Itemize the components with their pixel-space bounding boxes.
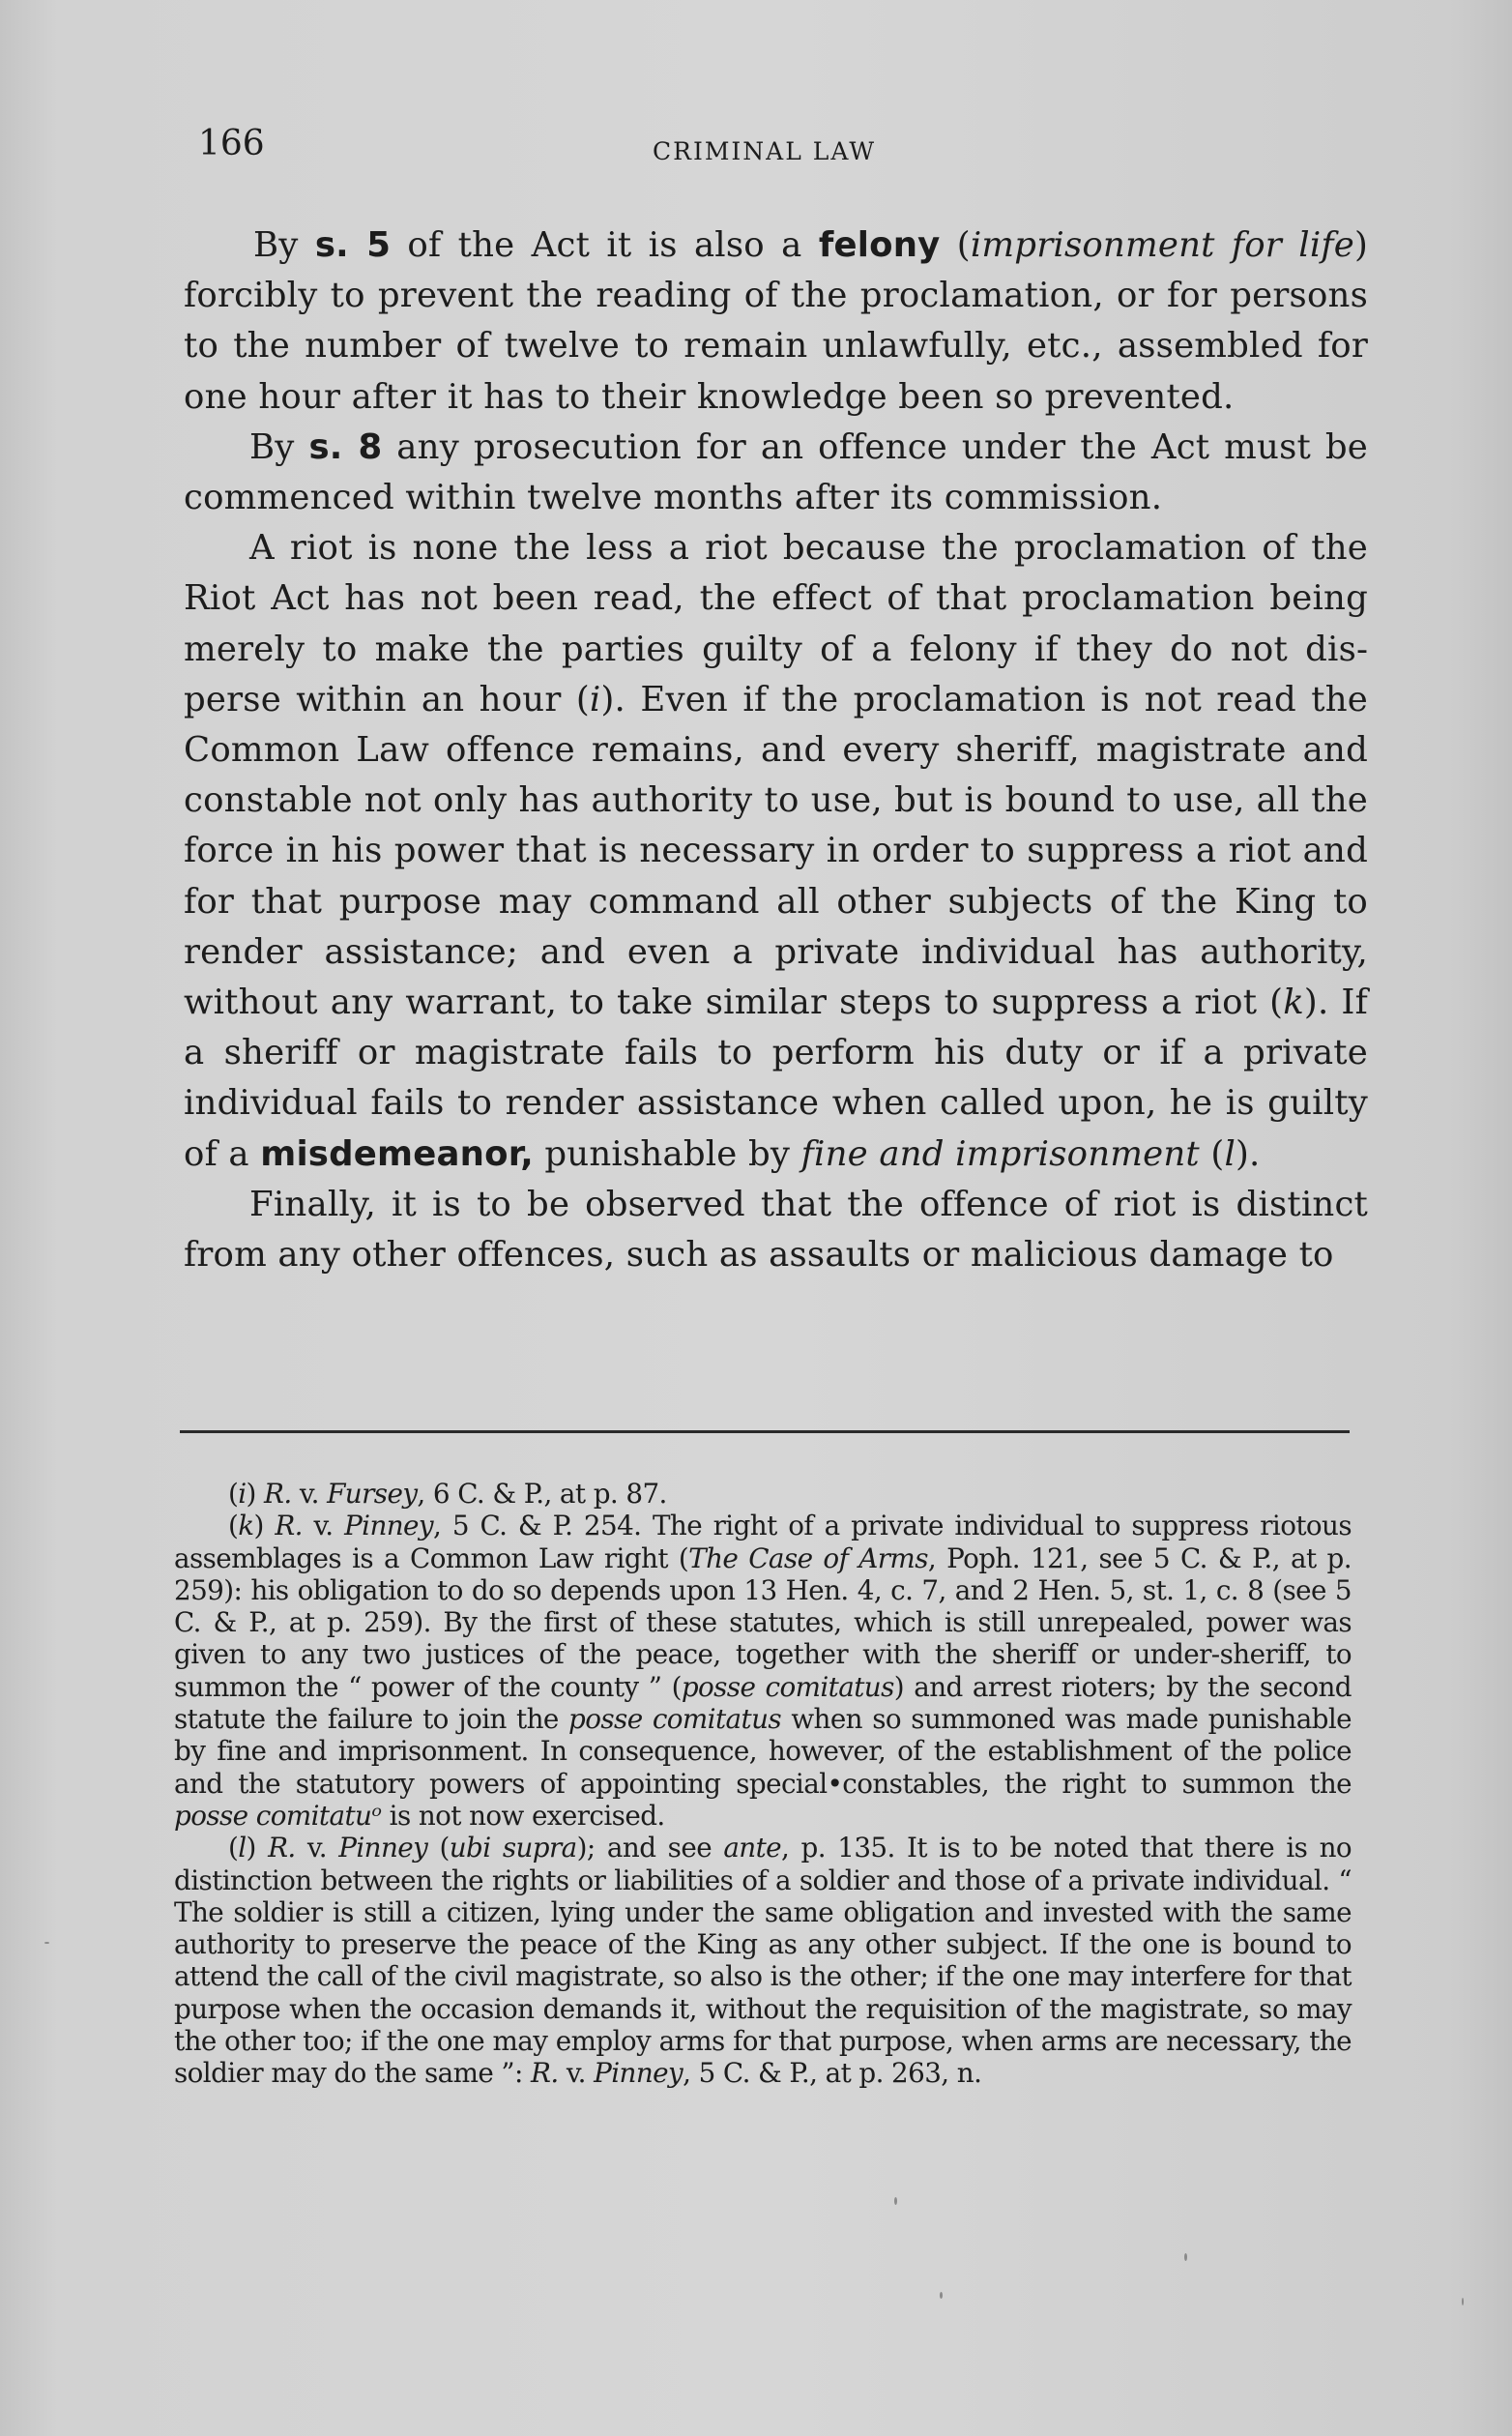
text-run: ( <box>228 1832 238 1864</box>
italic-text: i <box>238 1478 246 1510</box>
italic-text: Fursey <box>327 1478 417 1510</box>
italic-text: l <box>238 1832 246 1864</box>
bold-text: s. 5 <box>315 225 391 265</box>
italic-text: imprisonment for life <box>971 225 1354 265</box>
italic-text: R. <box>268 1832 296 1864</box>
page-number: 166 <box>198 124 265 163</box>
italic-text: ubi supra <box>450 1832 577 1864</box>
paper-speck <box>44 1942 49 1944</box>
italic-text: Pinney <box>338 1832 427 1864</box>
text-run: , p. 135. It is to be noted that there i… <box>174 1832 1352 2089</box>
text-run: v. <box>303 1510 344 1541</box>
italic-text: i <box>590 680 601 719</box>
bold-text: s. 8 <box>308 427 382 467</box>
text-run: punishable by <box>534 1134 801 1174</box>
paragraph: Finally, it is to be observed that the o… <box>184 1180 1368 1280</box>
paper-speck <box>1184 2253 1187 2261</box>
text-run: v. <box>559 2057 595 2089</box>
italic-text: l <box>1224 1134 1236 1174</box>
text-run: v. <box>296 1832 339 1864</box>
italic-text: R. <box>264 1478 292 1510</box>
paper-speck <box>940 2292 943 2299</box>
body-text: By s. 5 of the Act it is also a felony (… <box>184 220 1368 1280</box>
text-run: ). <box>1236 1134 1261 1174</box>
paper-speck <box>1462 2298 1464 2305</box>
italic-text: Pinney <box>344 1510 433 1541</box>
italic-text: The Case of Arms <box>688 1542 928 1574</box>
italic-text: posse comitatuᵒ <box>174 1800 381 1832</box>
text-run: ) <box>254 1510 276 1541</box>
running-header: 166 CRIMINAL LAW <box>198 124 1368 172</box>
bold-text: misdemeanor, <box>260 1134 534 1174</box>
italic-text: Pinney <box>594 2057 683 2089</box>
text-run: ). Even if the proclamation is not read … <box>184 680 1368 1022</box>
text-run: of the Act it is also a <box>391 225 819 265</box>
italic-text: posse comitatus <box>682 1671 894 1703</box>
text-run: ( <box>427 1832 450 1864</box>
footnote-l: (l) R. v. Pinney (ubi supra); and see an… <box>174 1832 1352 2089</box>
italic-text: fine and imprisonment <box>801 1134 1200 1174</box>
paragraph: By s. 5 of the Act it is also a felony (… <box>184 220 1368 423</box>
paragraph: By s. 8 any prosecution for an offence u… <box>184 423 1368 523</box>
bold-text: felony <box>819 225 941 265</box>
text-run: By <box>253 225 315 265</box>
footnote-i: (i) R. v. Fursey, 6 C. & P., at p. 87. <box>174 1478 1352 1510</box>
text-run: ) <box>247 1832 269 1864</box>
italic-text: k <box>1283 983 1304 1022</box>
scanned-book-page: 166 CRIMINAL LAW By s. 5 of the Act it i… <box>0 0 1512 2436</box>
text-run: ); and see <box>577 1832 724 1864</box>
footnote-k: (k) R. v. Pinney, 5 C. & P. 254. The rig… <box>174 1510 1352 1832</box>
running-title: CRIMINAL LAW <box>653 137 876 165</box>
text-run: By <box>249 427 308 467</box>
italic-text: R. <box>275 1510 303 1541</box>
text-run: ( <box>1200 1134 1225 1174</box>
footnote-separator-rule <box>180 1430 1350 1433</box>
text-run: , 6 C. & P., at p. 87. <box>417 1478 666 1510</box>
italic-text: ante <box>723 1832 781 1864</box>
text-run: v. <box>292 1478 328 1510</box>
italic-text: k <box>238 1510 253 1541</box>
paper-speck <box>894 2197 897 2205</box>
text-run: ( <box>941 225 971 265</box>
text-run: is not now exercised. <box>381 1800 664 1832</box>
italic-text: R. <box>531 2057 559 2089</box>
text-run: ( <box>228 1478 238 1510</box>
text-run: ( <box>228 1510 238 1541</box>
paragraph: A riot is none the less a riot because t… <box>184 523 1368 1180</box>
italic-text: posse comitatus <box>568 1703 781 1735</box>
text-run: ) <box>247 1478 264 1510</box>
text-run: , 5 C. & P., at p. 263, n. <box>683 2057 981 2089</box>
text-run: Finally, it is to be observed that the o… <box>184 1185 1368 1275</box>
footnotes: (i) R. v. Fursey, 6 C. & P., at p. 87. (… <box>174 1478 1352 2090</box>
